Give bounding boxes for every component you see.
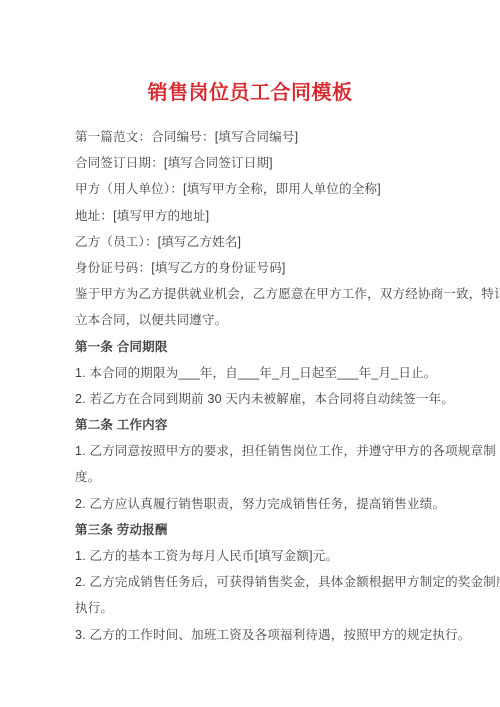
text-line: 立本合同，以便共同遵守。: [75, 307, 485, 333]
text-line: 合同签订日期：[填写合同签订日期]: [75, 150, 485, 176]
text-line: 2. 若乙方在合同到期前 30 天内未被解雇，本合同将自动续签一年。: [75, 386, 485, 412]
text-line: 第一篇范文：合同编号：[填写合同编号]: [75, 124, 485, 150]
text-line: 甲方（用人单位）：[填写甲方全称，即用人单位的全称]: [75, 176, 485, 202]
text-line: 1. 乙方同意按照甲方的要求，担任销售岗位工作，并遵守甲方的各项规章制: [75, 438, 485, 464]
section-heading-line: 第二条 工作内容: [75, 412, 485, 438]
text-line: 1. 本合同的期限为___年，自___年_月_日起至___年_月_日止。: [75, 360, 485, 386]
text-line: 身份证号码：[填写乙方的身份证号码]: [75, 255, 485, 281]
text-line: 地址：[填写甲方的地址]: [75, 203, 485, 229]
text-line: 乙方（员工）：[填写乙方姓名]: [75, 229, 485, 255]
text-line: 鉴于甲方为乙方提供就业机会，乙方愿意在甲方工作，双方经协商一致，特订: [75, 281, 485, 307]
document-title: 销售岗位员工合同模板: [0, 82, 500, 104]
text-line: 3. 乙方的工作时间、加班工资及各项福利待遇，按照甲方的规定执行。: [75, 622, 485, 648]
text-line: 2. 乙方完成销售任务后，可获得销售奖金，具体金额根据甲方制定的奖金制度: [75, 569, 485, 595]
text-line: 度。: [75, 464, 485, 490]
text-line: 执行。: [75, 595, 485, 621]
document-body: 第一篇范文：合同编号：[填写合同编号]合同签订日期：[填写合同签订日期]甲方（用…: [75, 124, 485, 648]
text-line: 1. 乙方的基本工资为每月人民币[填写金额]元。: [75, 543, 485, 569]
section-heading-line: 第三条 劳动报酬: [75, 517, 485, 543]
text-line: 2. 乙方应认真履行销售职责，努力完成销售任务，提高销售业绩。: [75, 491, 485, 517]
section-heading-line: 第一条 合同期限: [75, 334, 485, 360]
document-page: 销售岗位员工合同模板 第一篇范文：合同编号：[填写合同编号]合同签订日期：[填写…: [0, 0, 500, 707]
